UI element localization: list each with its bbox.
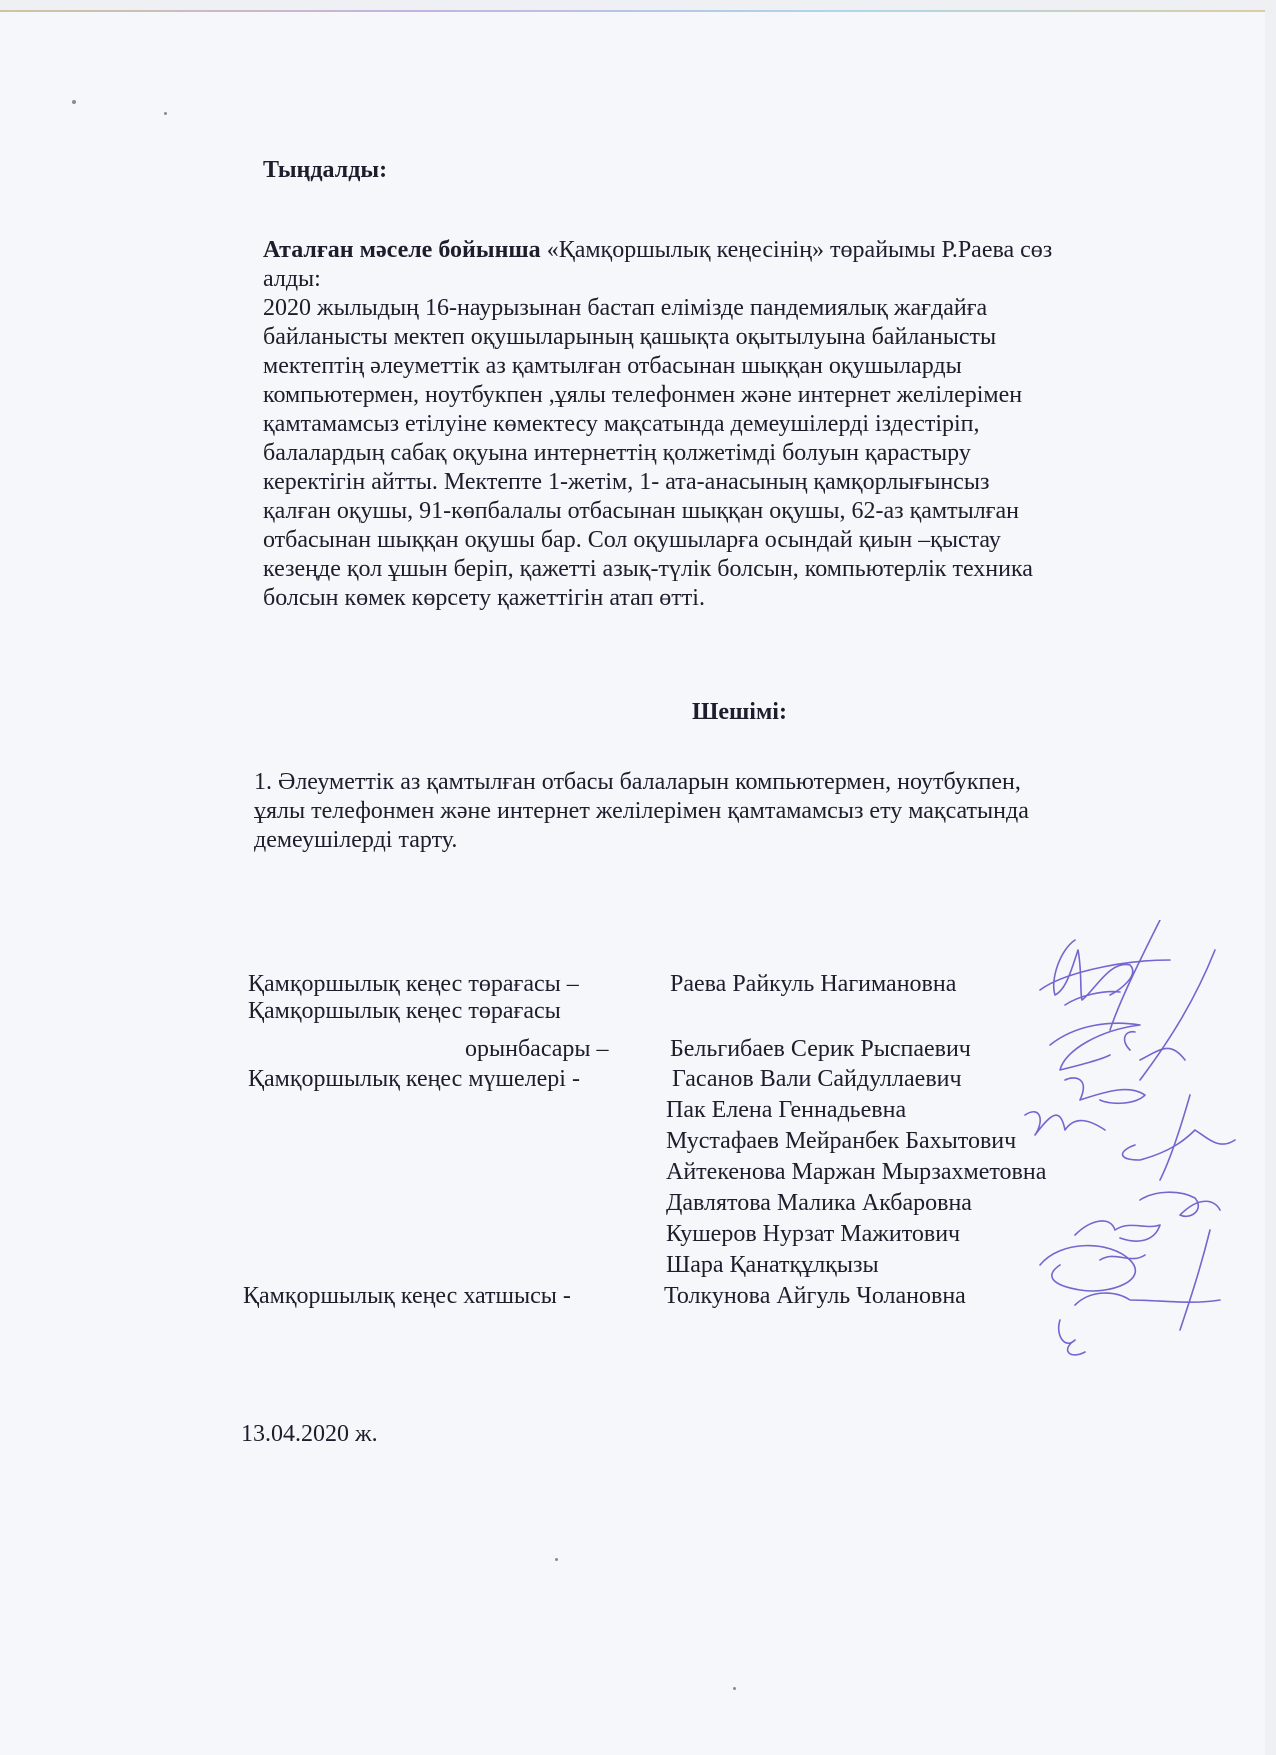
body-line: керектігін айтты. Мектепте 1-жетім, 1- а…: [263, 468, 1033, 497]
body-line: кезеңде қол ұшын беріп, қажетті азық-түл…: [263, 555, 1033, 584]
body-line: байланысты мектеп оқушыларының қашықта о…: [263, 323, 1033, 352]
body-line: мектептің әлеуметтік аз қамтылған отбасы…: [263, 352, 1033, 381]
scan-speck: [72, 100, 76, 104]
signatory-role: Қамқоршылық кеңес мүшелері -: [248, 1064, 580, 1094]
scan-edge-line: [0, 10, 1265, 12]
body-line: алды:: [263, 265, 1033, 294]
body-line: болсын көмек көрсету қажеттігін атап өтт…: [263, 584, 1033, 613]
signatory-name: Давлятова Малика Акбаровна: [666, 1188, 972, 1218]
decision-paragraph: 1. Әлеуметтік аз қамтылған отбасы балала…: [254, 768, 1029, 855]
scan-speck: [555, 1558, 558, 1561]
signatory-name: Гасанов Вали Сайдуллаевич: [672, 1064, 962, 1094]
signatory-name: Шара Қанатқұлқызы: [666, 1250, 879, 1280]
signatory-name: Айтекенова Маржан Мырзахметовна: [666, 1157, 1046, 1187]
signatory-name: Раева Райкуль Нагимановна: [670, 969, 956, 999]
body-line: 2020 жылыдың 16-наурызынан бастап еліміз…: [263, 294, 1033, 323]
decision-line: демеушілерді тарту.: [254, 826, 1029, 855]
decision-line: 1. Әлеуметтік аз қамтылған отбасы балала…: [254, 768, 1029, 797]
intro-line: Аталған мәселе бойынша «Қамқоршылық кеңе…: [263, 236, 1052, 265]
scan-speck: [733, 1687, 736, 1690]
scan-speck: [164, 112, 167, 115]
body-line: отбасынан шыққан оқушы бар. Сол оқушылар…: [263, 526, 1033, 555]
decision-heading: Шешімі:: [692, 698, 787, 727]
signatory-name: Бельгибаев Серик Рыспаевич: [670, 1034, 971, 1064]
signatory-role: Қамқоршылық кеңес төрағасы: [248, 996, 561, 1026]
handwritten-signatures-icon: [1020, 920, 1276, 1360]
signatory-name: Толкунова Айгуль Чолановна: [664, 1281, 966, 1311]
signatory-name: Мустафаев Мейранбек Бахытович: [666, 1126, 1016, 1156]
body-line: компьютермен, ноутбукпен ,ұялы телефонме…: [263, 381, 1033, 410]
signatory-name: Пак Елена Геннадьевна: [666, 1095, 906, 1125]
document-date: 13.04.2020 ж.: [241, 1420, 378, 1449]
signatory-role: Қамқоршылық кеңес хатшысы -: [243, 1281, 571, 1311]
signatory-name: Кушеров Нурзат Мажитович: [666, 1219, 960, 1249]
intro-rest: «Қамқоршылық кеңесінің» төрайымы Р.Раева…: [541, 237, 1053, 263]
body-paragraph: алды: 2020 жылыдың 16-наурызынан бастап …: [263, 265, 1033, 613]
body-line: қалған оқушы, 91-көпбалалы отбасынан шық…: [263, 497, 1033, 526]
body-line: балалардың сабақ оқуына интернеттің қолж…: [263, 439, 1033, 468]
decision-line: ұялы телефонмен және интернет желілеріме…: [254, 797, 1029, 826]
intro-bold: Аталған мәселе бойынша: [263, 237, 541, 263]
body-line: қамтамамсыз етілуіне көмектесу мақсатынд…: [263, 410, 1033, 439]
heard-heading: Тыңдалды:: [263, 156, 387, 185]
signatory-role: Қамқоршылық кеңес төрағасы –: [248, 969, 579, 999]
signatory-role: орынбасары –: [465, 1034, 609, 1064]
